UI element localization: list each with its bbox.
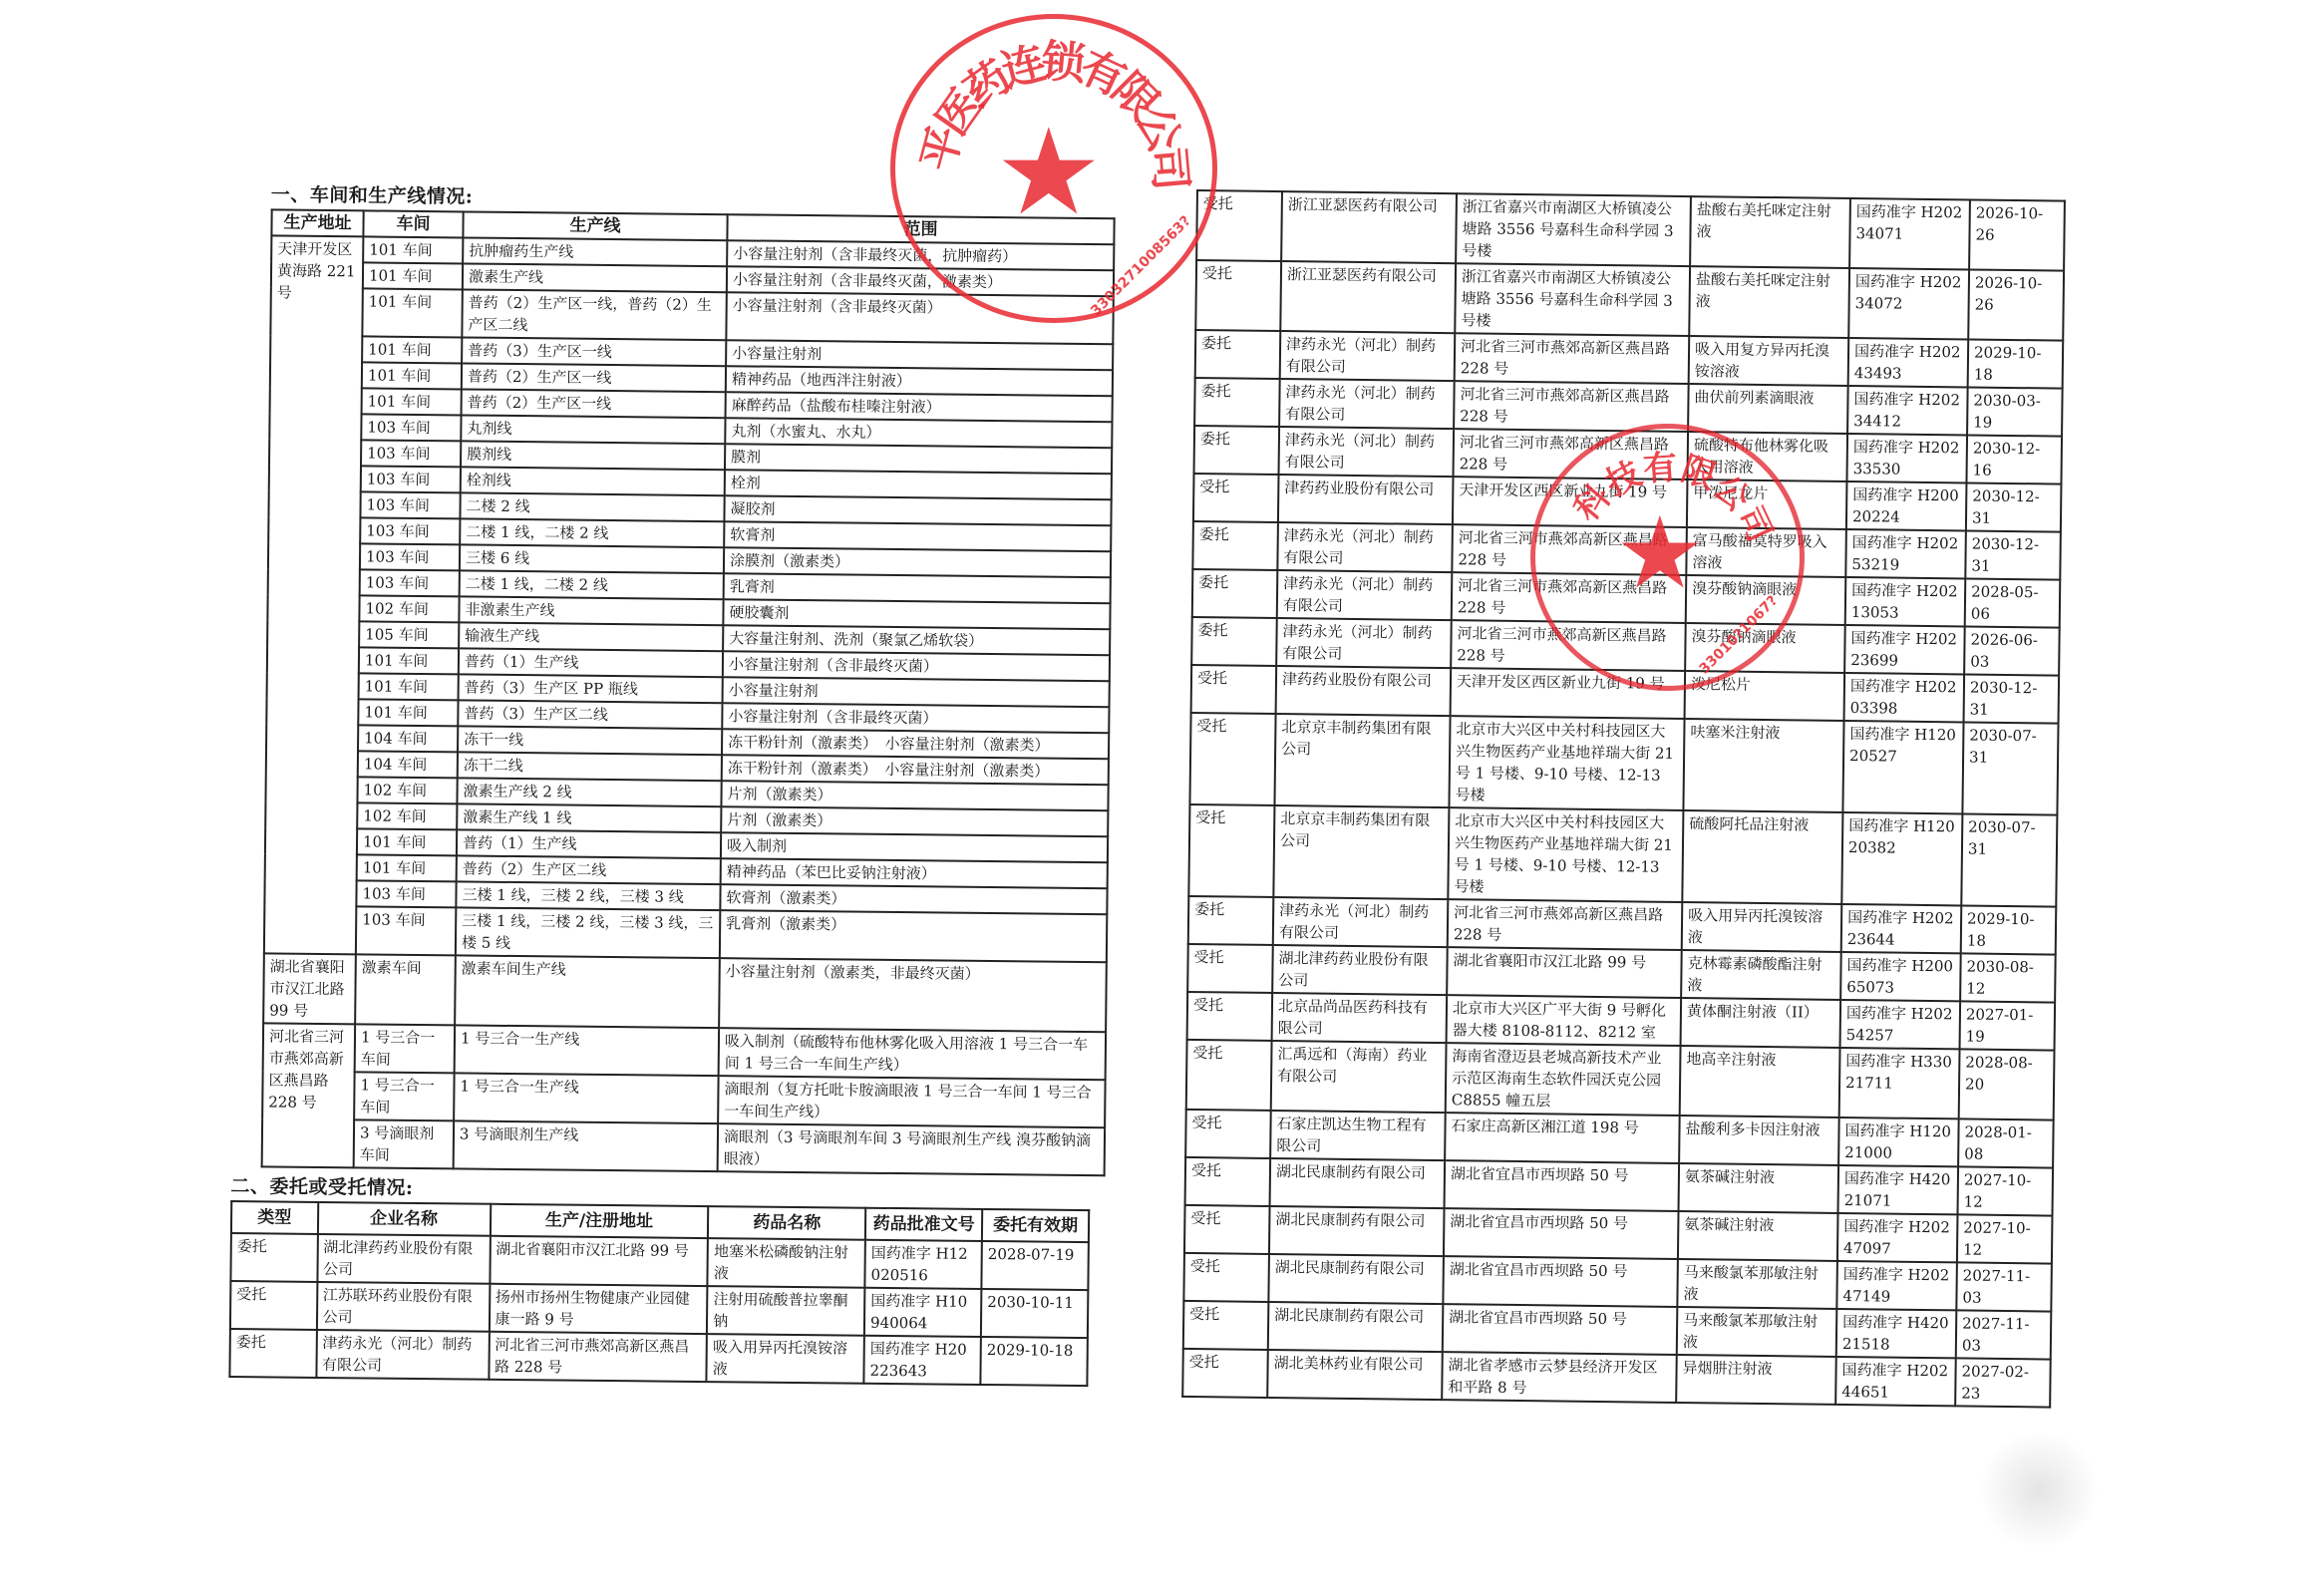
scope-cell: 乳膏剂 bbox=[724, 573, 1111, 603]
header-scope: 范围 bbox=[727, 214, 1114, 244]
expiry-date-cell: 2030-07-31 bbox=[1962, 722, 2058, 814]
workshop-cell: 101 车间 bbox=[362, 288, 462, 337]
production-line-cell: 3 号滴眼剂生产线 bbox=[454, 1120, 718, 1171]
drug-name-cell: 呋塞米注射液 bbox=[1683, 719, 1843, 812]
contract-row: 受托汇禹远和（海南）药业有限公司海南省澄迈县老城高新技术产业示范区海南生态软件园… bbox=[1186, 1040, 2055, 1120]
expiry-date-cell: 2030-08-12 bbox=[1960, 953, 2056, 1002]
scope-cell: 滴眼剂（复方托吡卡胺滴眼液 1 号三合一车间 1 号三合一车间生产线） bbox=[718, 1076, 1105, 1127]
expiry-date-cell: 2029-10-18 bbox=[1968, 339, 2064, 388]
scope-cell: 精神药品（地西泮注射液） bbox=[726, 366, 1113, 396]
header-type: 类型 bbox=[231, 1201, 318, 1234]
header-approval: 药品批准文号 bbox=[865, 1208, 982, 1241]
approval-number-cell: 国药准字 H12021000 bbox=[1838, 1117, 1959, 1166]
approval-number-cell: 国药准字 H20234072 bbox=[1848, 268, 1969, 339]
scope-cell: 小容量注射剂 bbox=[726, 340, 1113, 370]
drug-name-cell: 富马酸福莫特罗吸入溶液 bbox=[1686, 527, 1846, 577]
registered-address-cell: 河北省三河市燕郊高新区燕昌路 228 号 bbox=[1452, 572, 1687, 623]
expiry-date-cell: 2030-10-11 bbox=[981, 1289, 1088, 1338]
scope-cell: 小容量注射剂（含非最终灭菌） bbox=[723, 651, 1110, 681]
contract-type-cell: 委托 bbox=[1192, 521, 1278, 570]
production-line-cell: 三楼 1 线，三楼 2 线，三楼 3 线 bbox=[456, 881, 720, 910]
workshop-cell: 103 车间 bbox=[360, 491, 460, 518]
scope-cell: 软膏剂 bbox=[724, 521, 1111, 551]
scope-cell: 冻干粉针剂（激素类） 小容量注射剂（激素类） bbox=[722, 755, 1109, 785]
registered-address-cell: 海南省澄迈县老城高新技术产业示范区海南生态软件园沃克公园 C8855 幢五层 bbox=[1446, 1043, 1681, 1116]
contract-table-left: 类型 企业名称 生产/注册地址 药品名称 药品批准文号 委托有效期 委托湖北津药… bbox=[228, 1200, 1090, 1387]
approval-number-cell: 国药准字 H10940064 bbox=[864, 1288, 982, 1337]
seal-char: 有 bbox=[1071, 32, 1138, 109]
workshop-cell: 102 车间 bbox=[359, 595, 459, 622]
drug-name-cell: 克林霉素磷酸酯注射液 bbox=[1681, 950, 1841, 1000]
expiry-date-cell: 2030-12-31 bbox=[1965, 530, 2061, 579]
contract-type-cell: 受托 bbox=[1196, 190, 1282, 261]
contract-type-cell: 受托 bbox=[1195, 260, 1281, 331]
workshop-row: 103 车间三楼 1 线，三楼 2 线，三楼 3 线，三楼 5 线乳膏剂（激素类… bbox=[264, 905, 1107, 962]
header-address: 生产地址 bbox=[271, 209, 363, 236]
drug-name-cell: 注射用硫酸普拉睾酮钠 bbox=[707, 1286, 864, 1336]
contract-type-cell: 委托 bbox=[1194, 426, 1280, 475]
production-line-cell: 普药（1）生产线 bbox=[457, 829, 721, 858]
company-name-cell: 石家庄凯达生物工程有限公司 bbox=[1270, 1111, 1446, 1160]
approval-number-cell: 国药准字 H20243493 bbox=[1848, 338, 1969, 387]
contract-type-cell: 受托 bbox=[1188, 804, 1274, 897]
contract-type-cell: 受托 bbox=[1185, 1157, 1271, 1206]
seal-char: 司 bbox=[1140, 144, 1207, 192]
production-line-cell: 冻干一线 bbox=[458, 726, 722, 755]
production-line-cell: 激素生产线 1 线 bbox=[457, 803, 721, 832]
expiry-date-cell: 2028-07-19 bbox=[981, 1241, 1088, 1290]
contract-type-cell: 受托 bbox=[1183, 1253, 1269, 1302]
approval-number-cell: 国药准字 H20020224 bbox=[1846, 481, 1967, 530]
contract-type-cell: 受托 bbox=[230, 1281, 317, 1330]
registered-address-cell: 湖北省宜昌市西坝路 50 号 bbox=[1445, 1160, 1680, 1211]
drug-name-cell: 曲伏前列素滴眼液 bbox=[1688, 384, 1848, 434]
contract-type-cell: 委托 bbox=[1188, 896, 1274, 945]
workshop-cell: 101 车间 bbox=[359, 647, 459, 674]
contract-type-cell: 受托 bbox=[1187, 992, 1273, 1041]
contract-row: 受托北京京丰制药集团有限公司北京市大兴区中关村科技园区大兴生物医药产业基地祥瑞大… bbox=[1188, 804, 2057, 907]
production-line-cell: 栓剂线 bbox=[461, 467, 725, 495]
contract-type-cell: 受托 bbox=[1187, 944, 1273, 993]
expiry-date-cell: 2029-10-18 bbox=[1961, 905, 2057, 954]
workshop-cell: 激素车间 bbox=[355, 954, 456, 1025]
approval-number-cell: 国药准字 H20223699 bbox=[1844, 625, 1965, 674]
registered-address-cell: 河北省三河市燕郊高新区燕昌路 228 号 bbox=[1455, 333, 1690, 384]
workshop-row: 101 车间普药（2）生产区一线，普药（2）生产区二线小容量注射剂（含非最终灭菌… bbox=[270, 287, 1113, 344]
expiry-date-cell: 2027-10-12 bbox=[1957, 1214, 2053, 1263]
approval-number-cell: 国药准字 H20213053 bbox=[1845, 577, 1966, 626]
company-name-cell: 湖北民康制药有限公司 bbox=[1269, 1206, 1445, 1256]
registered-address-cell: 北京市大兴区广平大街 9 号孵化器大楼 8108-8112、8212 室 bbox=[1447, 995, 1682, 1046]
contract-type-cell: 委托 bbox=[1195, 330, 1281, 379]
workshop-cell: 101 车间 bbox=[359, 673, 459, 700]
registered-address-cell: 河北省三河市燕郊高新区燕昌路 228 号 bbox=[1451, 620, 1686, 671]
approval-number-cell: 国药准字 H12020382 bbox=[1841, 812, 1962, 905]
header-expiry: 委托有效期 bbox=[982, 1209, 1089, 1242]
workshop-cell: 1 号三合一车间 bbox=[355, 1024, 455, 1073]
scope-cell: 冻干粉针剂（激素类） 小容量注射剂（激素类） bbox=[722, 729, 1109, 759]
approval-number-cell: 国药准字 H20234412 bbox=[1847, 386, 1968, 435]
scope-cell: 小容量注射剂（含非最终灭菌） bbox=[722, 703, 1109, 733]
company-name-cell: 津药药业股份有限公司 bbox=[1278, 475, 1454, 524]
scope-cell: 膜剂 bbox=[725, 444, 1112, 474]
company-name-cell: 津药永光（河北）制药有限公司 bbox=[1277, 570, 1453, 620]
expiry-date-cell: 2026-10-26 bbox=[1968, 269, 2064, 340]
registered-address-cell: 河北省三河市燕郊高新区燕昌路 228 号 bbox=[1452, 524, 1687, 575]
workshop-cell: 105 车间 bbox=[359, 621, 459, 648]
registered-address-cell: 湖北省襄阳市汉江北路 99 号 bbox=[490, 1236, 708, 1286]
drug-name-cell: 盐酸利多卡因注射液 bbox=[1679, 1116, 1839, 1165]
scope-cell: 栓剂 bbox=[725, 470, 1112, 499]
registered-address-cell: 天津开发区西区新业九街 19 号 bbox=[1451, 668, 1686, 719]
company-name-cell: 浙江亚瑟医药有限公司 bbox=[1280, 261, 1456, 333]
expiry-date-cell: 2030-12-31 bbox=[1966, 482, 2062, 531]
workshop-cell: 103 车间 bbox=[361, 466, 461, 492]
workshop-table: 生产地址 车间 生产线 范围 天津开发区黄海路 221 号101 车间抗肿瘤药生… bbox=[261, 208, 1116, 1176]
seal-char: 限 bbox=[1101, 56, 1176, 132]
approval-number-cell: 国药准字 H20247097 bbox=[1837, 1213, 1958, 1262]
expiry-date-cell: 2027-11-03 bbox=[1956, 1310, 2052, 1359]
company-name-cell: 津药永光（河北）制药有限公司 bbox=[1280, 331, 1456, 381]
workshop-cell: 101 车间 bbox=[363, 262, 463, 289]
approval-number-cell: 国药准字 H12020516 bbox=[864, 1240, 982, 1289]
production-line-cell: 普药（3）生产区一线 bbox=[462, 337, 726, 366]
workshop-cell: 101 车间 bbox=[358, 699, 458, 726]
workshop-cell: 104 车间 bbox=[358, 751, 458, 778]
expiry-date-cell: 2030-12-16 bbox=[1966, 435, 2062, 483]
registered-address-cell: 湖北省宜昌市西坝路 50 号 bbox=[1444, 1208, 1679, 1259]
contract-type-cell: 受托 bbox=[1191, 665, 1277, 714]
contract-type-cell: 受托 bbox=[1183, 1301, 1269, 1350]
drug-name-cell: 地塞米松磷酸钠注射液 bbox=[708, 1238, 865, 1288]
drug-name-cell: 吸入用复方异丙托溴铵溶液 bbox=[1689, 336, 1849, 386]
drug-name-cell: 硫酸阿托品注射液 bbox=[1682, 810, 1842, 904]
production-line-cell: 冻干二线 bbox=[458, 752, 722, 781]
workshop-cell: 101 车间 bbox=[362, 388, 462, 415]
workshop-cell: 103 车间 bbox=[356, 880, 456, 907]
approval-number-cell: 国药准字 H20234071 bbox=[1849, 198, 1970, 269]
approval-number-cell: 国药准字 H20233530 bbox=[1846, 434, 1967, 482]
contract-type-cell: 委托 bbox=[1194, 378, 1280, 427]
company-name-cell: 津药药业股份有限公司 bbox=[1276, 666, 1452, 716]
production-line-cell: 普药（2）生产区二线 bbox=[457, 855, 721, 884]
header-drug: 药品名称 bbox=[708, 1206, 865, 1240]
contract-row: 受托湖北美林药业有限公司湖北省孝感市云梦县经济开发区和平路 8 号异烟肼注射液国… bbox=[1182, 1349, 2051, 1408]
drug-name-cell: 甲泼尼龙片 bbox=[1687, 479, 1847, 529]
company-name-cell: 湖北民康制药有限公司 bbox=[1270, 1158, 1446, 1208]
scope-cell: 丸剂（水蜜丸、水丸） bbox=[725, 418, 1112, 448]
production-address: 河北省三河市燕郊高新区燕昌路 228 号 bbox=[262, 1023, 356, 1167]
registered-address-cell: 河北省三河市燕郊高新区燕昌路 228 号 bbox=[1454, 381, 1689, 432]
company-name-cell: 湖北美林药业有限公司 bbox=[1267, 1350, 1443, 1400]
contract-type-cell: 委托 bbox=[1192, 569, 1278, 618]
seal-char: 医 bbox=[917, 74, 995, 147]
scan-smudge bbox=[1974, 1436, 2104, 1545]
expiry-date-cell: 2030-03-19 bbox=[1967, 387, 2063, 436]
production-line-cell: 激素车间生产线 bbox=[455, 955, 720, 1028]
production-line-cell: 激素生产线 2 线 bbox=[457, 778, 721, 806]
registered-address-cell: 河北省三河市燕郊高新区燕昌路 228 号 bbox=[1453, 429, 1688, 479]
production-line-cell: 二楼 2 线 bbox=[460, 492, 724, 521]
scope-cell: 片剂（激素类） bbox=[721, 781, 1108, 810]
registered-address-cell: 河北省三河市燕郊高新区燕昌路 228 号 bbox=[1448, 899, 1683, 950]
approval-number-cell: 国药准字 H20223643 bbox=[863, 1336, 981, 1385]
workshop-cell: 3 号滴眼剂车间 bbox=[354, 1119, 454, 1168]
expiry-date-cell: 2028-08-20 bbox=[1959, 1049, 2055, 1119]
drug-name-cell: 异烟肼注射液 bbox=[1676, 1355, 1836, 1405]
contract-type-cell: 受托 bbox=[1186, 1040, 1272, 1111]
production-line-cell: 三楼 6 线 bbox=[460, 544, 724, 573]
workshop-row: 1 号三合一车间1 号三合一生产线滴眼剂（复方托吡卡胺滴眼液 1 号三合一车间 … bbox=[262, 1071, 1105, 1127]
workshop-cell: 102 车间 bbox=[357, 802, 457, 829]
drug-name-cell: 泼尼松片 bbox=[1685, 671, 1845, 721]
seal-char: 连 bbox=[993, 26, 1052, 99]
company-name-cell: 津药永光（河北）制药有限公司 bbox=[1279, 379, 1455, 429]
scope-cell: 小容量注射剂（含非最终灭菌，抗肿瘤药） bbox=[727, 240, 1114, 270]
registered-address-cell: 湖北省宜昌市西坝路 50 号 bbox=[1443, 1256, 1678, 1307]
seal-char: 药 bbox=[949, 42, 1022, 120]
contract-type-cell: 受托 bbox=[1185, 1110, 1271, 1158]
production-line-cell: 普药（2）生产区一线 bbox=[462, 363, 726, 392]
approval-number-cell: 国药准字 H20203398 bbox=[1844, 673, 1965, 722]
expiry-date-cell: 2027-02-23 bbox=[1955, 1358, 2051, 1407]
production-address: 湖北省襄阳市汉江北路 99 号 bbox=[263, 953, 356, 1024]
expiry-date-cell: 2028-05-06 bbox=[1965, 578, 2061, 627]
workshop-cell: 101 车间 bbox=[357, 828, 457, 855]
scope-cell: 麻醉药品（盐酸布桂嗪注射液） bbox=[726, 392, 1113, 422]
company-name-cell: 江苏联环药业股份有限公司 bbox=[316, 1282, 490, 1332]
production-line-cell: 输液生产线 bbox=[459, 622, 723, 651]
production-line-cell: 抗肿瘤药生产线 bbox=[463, 237, 727, 266]
approval-number-cell: 国药准字 H20065073 bbox=[1840, 952, 1961, 1001]
contract-table-right: 受托浙江亚瑟医药有限公司浙江省嘉兴市南湖区大桥镇凌公塘路 3556 号嘉科生命科… bbox=[1181, 189, 2066, 1409]
registered-address-cell: 湖北省孝感市云梦县经济开发区和平路 8 号 bbox=[1442, 1352, 1677, 1403]
drug-name-cell: 溴芬酸钠滴眼液 bbox=[1686, 575, 1846, 625]
workshop-cell: 103 车间 bbox=[360, 569, 460, 596]
contract-row: 受托北京京丰制药集团有限公司北京市大兴区中关村科技园区大兴生物医药产业基地祥瑞大… bbox=[1189, 713, 2058, 815]
company-name-cell: 北京品尚品医药科技有限公司 bbox=[1272, 993, 1448, 1043]
drug-name-cell: 氨茶碱注射液 bbox=[1678, 1211, 1838, 1261]
drug-name-cell: 氨茶碱注射液 bbox=[1679, 1163, 1839, 1213]
registered-address-cell: 浙江省嘉兴市南湖区大桥镇凌公塘路 3556 号嘉科生命科学园 3 号楼 bbox=[1455, 263, 1690, 336]
drug-name-cell: 吸入用异丙托溴铵溶液 bbox=[1682, 902, 1842, 952]
company-name-cell: 汇禹远和（海南）药业有限公司 bbox=[1271, 1041, 1447, 1113]
production-line-cell: 丸剂线 bbox=[461, 415, 725, 444]
drug-name-cell: 马来酸氯苯那敏注射液 bbox=[1677, 1307, 1837, 1357]
scope-cell: 片剂（激素类） bbox=[721, 806, 1108, 836]
production-line-cell: 1 号三合一生产线 bbox=[455, 1025, 719, 1076]
left-page: 一、车间和生产线情况: 生产地址 车间 生产线 范围 天津开发区黄海路 221 … bbox=[218, 179, 1109, 1387]
workshop-cell: 103 车间 bbox=[361, 440, 461, 467]
workshop-cell: 103 车间 bbox=[360, 543, 460, 570]
company-name-cell: 津药永光（河北）制药有限公司 bbox=[1277, 522, 1453, 572]
registered-address-cell: 湖北省襄阳市汉江北路 99 号 bbox=[1447, 947, 1682, 998]
company-name-cell: 津药永光（河北）制药有限公司 bbox=[1279, 427, 1455, 477]
contract-type-cell: 受托 bbox=[1182, 1349, 1268, 1398]
drug-name-cell: 盐酸右美托咪定注射液 bbox=[1689, 266, 1849, 338]
production-line-cell: 膜剂线 bbox=[461, 441, 725, 470]
workshop-row: 湖北省襄阳市汉江北路 99 号激素车间激素车间生产线小容量注射剂（激素类，非最终… bbox=[263, 953, 1107, 1032]
production-line-cell: 普药（2）生产区一线，普药（2）生产区二线 bbox=[462, 289, 726, 340]
production-line-cell: 非激素生产线 bbox=[459, 596, 723, 625]
seal-char: 公 bbox=[1124, 95, 1200, 161]
expiry-date-cell: 2027-11-03 bbox=[1956, 1262, 2052, 1311]
approval-number-cell: 国药准字 H20247149 bbox=[1836, 1261, 1957, 1310]
company-name-cell: 津药永光（河北）制药有限公司 bbox=[316, 1330, 490, 1380]
company-name-cell: 浙江亚瑟医药有限公司 bbox=[1281, 191, 1457, 263]
drug-name-cell: 溴芬酸钠滴眼液 bbox=[1685, 623, 1845, 673]
contract-type-cell: 受托 bbox=[1184, 1205, 1270, 1254]
drug-name-cell: 盐酸右美托咪定注射液 bbox=[1690, 196, 1850, 268]
header-workshop: 车间 bbox=[363, 210, 463, 237]
scope-cell: 凝胶剂 bbox=[724, 495, 1111, 525]
header-line: 生产线 bbox=[463, 211, 727, 240]
production-line-cell: 普药（1）生产线 bbox=[459, 648, 723, 677]
approval-number-cell: 国药准字 H20223644 bbox=[1841, 904, 1962, 953]
company-name-cell: 湖北民康制药有限公司 bbox=[1268, 1302, 1444, 1352]
scope-cell: 小容量注射剂（激素类，非最终灭菌） bbox=[719, 958, 1107, 1032]
expiry-date-cell: 2030-12-31 bbox=[1964, 674, 2060, 723]
contract-type-cell: 委托 bbox=[1191, 617, 1277, 666]
scope-cell: 大容量注射剂、洗剂（聚氯乙烯软袋） bbox=[723, 625, 1110, 655]
expiry-date-cell: 2029-10-18 bbox=[980, 1337, 1087, 1386]
approval-number-cell: 国药准字 H33021711 bbox=[1839, 1048, 1960, 1118]
contract-row: 受托浙江亚瑟医药有限公司浙江省嘉兴市南湖区大桥镇凌公塘路 3556 号嘉科生命科… bbox=[1195, 260, 2064, 341]
expiry-date-cell: 2026-10-26 bbox=[1969, 199, 2065, 270]
expiry-date-cell: 2027-01-19 bbox=[1960, 1001, 2056, 1050]
scope-cell: 精神药品（苯巴比妥钠注射液） bbox=[721, 858, 1108, 888]
contract-row: 受托浙江亚瑟医药有限公司浙江省嘉兴市南湖区大桥镇凌公塘路 3556 号嘉科生命科… bbox=[1196, 190, 2065, 271]
approval-number-cell: 国药准字 H42021518 bbox=[1836, 1309, 1957, 1358]
contract-type-cell: 委托 bbox=[230, 1233, 317, 1282]
registered-address-cell: 北京市大兴区中关村科技园区大兴生物医药产业基地祥瑞大街 21 号 1 号楼、9-… bbox=[1449, 716, 1684, 810]
registered-address-cell: 浙江省嘉兴市南湖区大桥镇凌公塘路 3556 号嘉科生命科学园 3 号楼 bbox=[1456, 193, 1691, 266]
approval-number-cell: 国药准字 H42021071 bbox=[1838, 1165, 1959, 1214]
contract-type-cell: 受托 bbox=[1189, 713, 1275, 805]
production-line-cell: 激素生产线 bbox=[463, 263, 727, 292]
workshop-cell: 101 车间 bbox=[363, 236, 463, 263]
production-line-cell: 普药（3）生产区 PP 瓶线 bbox=[459, 674, 723, 703]
approval-number-cell: 国药准字 H20253219 bbox=[1845, 529, 1966, 578]
company-name-cell: 北京京丰制药集团有限公司 bbox=[1273, 805, 1449, 899]
company-name-cell: 湖北津药药业股份有限公司 bbox=[317, 1234, 491, 1284]
workshop-cell: 104 车间 bbox=[358, 725, 458, 752]
company-name-cell: 津药永光（河北）制药有限公司 bbox=[1276, 618, 1452, 668]
production-line-cell: 二楼 1 线，二楼 2 线 bbox=[460, 570, 724, 599]
workshop-cell: 103 车间 bbox=[360, 517, 460, 544]
drug-name-cell: 黄体酮注射液（II） bbox=[1681, 998, 1841, 1048]
header-company: 企业名称 bbox=[317, 1202, 490, 1236]
production-line-cell: 普药（2）生产区一线 bbox=[462, 389, 726, 418]
expiry-date-cell: 2027-10-12 bbox=[1957, 1166, 2053, 1215]
scope-cell: 涂膜剂（激素类） bbox=[724, 547, 1111, 577]
expiry-date-cell: 2030-07-31 bbox=[1961, 813, 2057, 906]
company-name-cell: 津药永光（河北）制药有限公司 bbox=[1273, 897, 1449, 947]
scope-cell: 小容量注射剂 bbox=[723, 677, 1110, 707]
workshop-cell: 101 车间 bbox=[357, 854, 457, 881]
approval-number-cell: 国药准字 H20254257 bbox=[1840, 1000, 1961, 1049]
scope-cell: 吸入制剂（硫酸特布他林雾化吸入用溶液 1 号三合一车间 1 号三合一车间生产线） bbox=[719, 1028, 1106, 1080]
production-line-cell: 普药（3）生产区二线 bbox=[458, 700, 722, 729]
header-reg-address: 生产/注册地址 bbox=[490, 1204, 708, 1238]
scope-cell: 小容量注射剂（含非最终灭菌） bbox=[726, 292, 1113, 344]
workshop-cell: 103 车间 bbox=[361, 414, 461, 441]
seal-char: 锁 bbox=[1040, 26, 1089, 94]
production-address: 天津开发区黄海路 221 号 bbox=[264, 235, 364, 954]
drug-name-cell: 硫酸特布他林雾化吸入用溶液 bbox=[1687, 432, 1847, 481]
registered-address-cell: 河北省三河市燕郊高新区燕昌路 228 号 bbox=[489, 1332, 707, 1382]
approval-number-cell: 国药准字 H12020527 bbox=[1842, 721, 1963, 813]
company-name-cell: 湖北民康制药有限公司 bbox=[1268, 1254, 1444, 1304]
scope-cell: 乳膏剂（激素类） bbox=[720, 910, 1107, 962]
drug-name-cell: 马来酸氯苯那敏注射液 bbox=[1677, 1259, 1837, 1309]
expiry-date-cell: 2026-06-03 bbox=[1964, 626, 2060, 675]
company-name-cell: 湖北津药药业股份有限公司 bbox=[1272, 945, 1448, 995]
workshop-row: 3 号滴眼剂车间3 号滴眼剂生产线滴眼剂（3 号滴眼剂车间 3 号滴眼剂生产线 … bbox=[262, 1118, 1105, 1175]
contract-row: 委托津药永光（河北）制药有限公司河北省三河市燕郊高新区燕昌路 228 号吸入用异… bbox=[229, 1329, 1087, 1386]
company-name-cell: 北京京丰制药集团有限公司 bbox=[1274, 714, 1450, 807]
scope-cell: 软膏剂（激素类） bbox=[720, 884, 1107, 914]
production-line-cell: 二楼 1 线，二楼 2 线 bbox=[460, 518, 724, 547]
contract-type-cell: 委托 bbox=[229, 1329, 316, 1378]
drug-name-cell: 吸入用异丙托溴铵溶液 bbox=[707, 1334, 864, 1384]
registered-address-cell: 扬州市扬州生物健康产业园健康一路 9 号 bbox=[489, 1284, 707, 1334]
workshop-row: 河北省三河市燕郊高新区燕昌路 228 号1 号三合一车间1 号三合一生产线吸入制… bbox=[263, 1023, 1106, 1080]
scope-cell: 滴眼剂（3 号滴眼剂车间 3 号滴眼剂生产线 溴芬酸钠滴眼液） bbox=[718, 1123, 1105, 1175]
scope-cell: 吸入制剂 bbox=[721, 832, 1108, 862]
registered-address-cell: 石家庄高新区湘江道 198 号 bbox=[1445, 1113, 1680, 1163]
workshop-cell: 103 车间 bbox=[356, 906, 456, 955]
workshop-cell: 1 号三合一车间 bbox=[354, 1072, 454, 1120]
right-page: 受托浙江亚瑟医药有限公司浙江省嘉兴市南湖区大桥镇凌公塘路 3556 号嘉科生命科… bbox=[1181, 189, 2074, 1409]
approval-number-cell: 国药准字 H20244651 bbox=[1835, 1357, 1956, 1406]
production-line-cell: 三楼 1 线，三楼 2 线，三楼 3 线，三楼 5 线 bbox=[456, 907, 720, 958]
workshop-cell: 101 车间 bbox=[362, 336, 462, 363]
production-line-cell: 1 号三合一生产线 bbox=[454, 1073, 718, 1123]
expiry-date-cell: 2028-01-08 bbox=[1958, 1118, 2054, 1167]
workshop-cell: 102 车间 bbox=[357, 777, 457, 803]
drug-name-cell: 地高辛注射液 bbox=[1680, 1046, 1840, 1117]
registered-address-cell: 天津开发区西区新业九街 19 号 bbox=[1453, 477, 1688, 527]
contract-type-cell: 受托 bbox=[1193, 474, 1279, 522]
registered-address-cell: 北京市大兴区中关村科技园区大兴生物医药产业基地祥瑞大街 21 号 1 号楼、9-… bbox=[1448, 807, 1683, 902]
seal-char: 平 bbox=[901, 118, 974, 176]
scope-cell: 小容量注射剂（含非最终灭菌，激素类） bbox=[727, 266, 1114, 296]
scope-cell: 硬胶囊剂 bbox=[723, 599, 1110, 629]
workshop-cell: 101 车间 bbox=[362, 362, 462, 389]
registered-address-cell: 湖北省宜昌市西坝路 50 号 bbox=[1443, 1304, 1678, 1355]
